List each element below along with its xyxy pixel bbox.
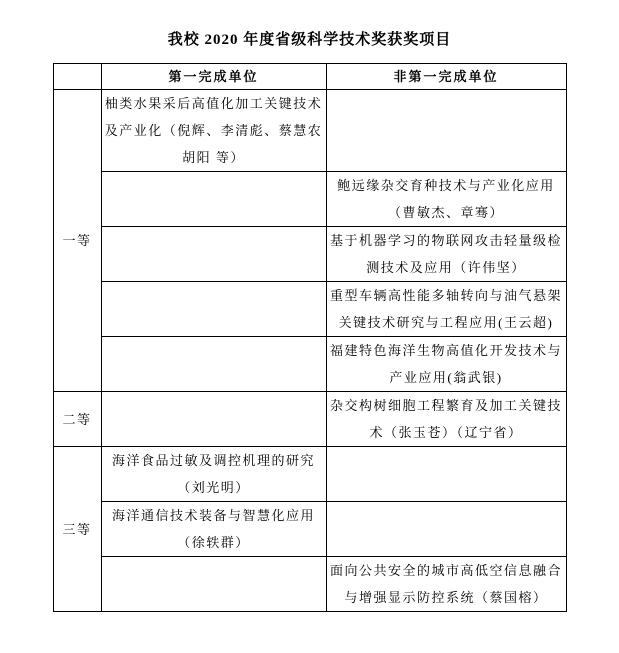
table-header-row: 第一完成单位 非第一完成单位 <box>53 64 566 90</box>
grade-label-first-prize: 一等 <box>53 90 101 392</box>
project-cell-non-first-unit: 福建特色海洋生物高值化开发技术与 产业应用(翁武银) <box>326 337 566 392</box>
table-row-7: 三等 海洋食品过敏及调控机理的研究 （刘光明） <box>53 447 566 502</box>
project-cell-empty <box>326 90 566 172</box>
table-row-5: 福建特色海洋生物高值化开发技术与 产业应用(翁武银) <box>53 337 566 392</box>
project-cell-non-first-unit: 鲍远缘杂交育种技术与产业化应用 （曹敏杰、章骞） <box>326 172 566 227</box>
table-row-2: 鲍远缘杂交育种技术与产业化应用 （曹敏杰、章骞） <box>53 172 566 227</box>
header-grade-cell <box>53 64 101 90</box>
table-row-3: 基于机器学习的物联网攻击轻量级检 测技术及应用（许伟坚） <box>53 227 566 282</box>
project-cell-non-first-unit: 杂交构树细胞工程繁育及加工关键技 术（张玉苍）（辽宁省） <box>326 392 566 447</box>
project-cell-empty <box>101 392 326 447</box>
header-first-unit: 第一完成单位 <box>101 64 326 90</box>
document-page: 我校 2020 年度省级科学技术奖获奖项目 第一完成单位 非第一完成单位 一等 … <box>0 0 619 653</box>
project-cell-first-unit: 柚类水果采后高值化加工关键技术 及产业化（倪辉、李清彪、蔡慧农 胡阳 等） <box>101 90 326 172</box>
project-cell-empty <box>101 227 326 282</box>
project-cell-empty <box>101 557 326 612</box>
project-cell-non-first-unit: 重型车辆高性能多轴转向与油气悬架 关键技术研究与工程应用(王云超) <box>326 282 566 337</box>
table-row-9: 面向公共安全的城市高低空信息融合 与增强显示防控系统（蔡国榕） <box>53 557 566 612</box>
header-non-first-unit: 非第一完成单位 <box>326 64 566 90</box>
project-cell-non-first-unit: 面向公共安全的城市高低空信息融合 与增强显示防控系统（蔡国榕） <box>326 557 566 612</box>
table-row-8: 海洋通信技术装备与智慧化应用 （徐轶群） <box>53 502 566 557</box>
table-row-6: 二等 杂交构树细胞工程繁育及加工关键技 术（张玉苍）（辽宁省） <box>53 392 566 447</box>
awards-table: 第一完成单位 非第一完成单位 一等 柚类水果采后高值化加工关键技术 及产业化（倪… <box>53 63 567 612</box>
document-title: 我校 2020 年度省级科学技术奖获奖项目 <box>0 30 619 50</box>
table-row-4: 重型车辆高性能多轴转向与油气悬架 关键技术研究与工程应用(王云超) <box>53 282 566 337</box>
project-cell-non-first-unit: 基于机器学习的物联网攻击轻量级检 测技术及应用（许伟坚） <box>326 227 566 282</box>
project-cell-first-unit: 海洋通信技术装备与智慧化应用 （徐轶群） <box>101 502 326 557</box>
project-cell-first-unit: 海洋食品过敏及调控机理的研究 （刘光明） <box>101 447 326 502</box>
table-row-1: 一等 柚类水果采后高值化加工关键技术 及产业化（倪辉、李清彪、蔡慧农 胡阳 等） <box>53 90 566 172</box>
grade-label-second-prize: 二等 <box>53 392 101 447</box>
project-cell-empty <box>101 172 326 227</box>
grade-label-third-prize: 三等 <box>53 447 101 612</box>
project-cell-empty <box>326 502 566 557</box>
project-cell-empty <box>101 337 326 392</box>
project-cell-empty <box>326 447 566 502</box>
project-cell-empty <box>101 282 326 337</box>
